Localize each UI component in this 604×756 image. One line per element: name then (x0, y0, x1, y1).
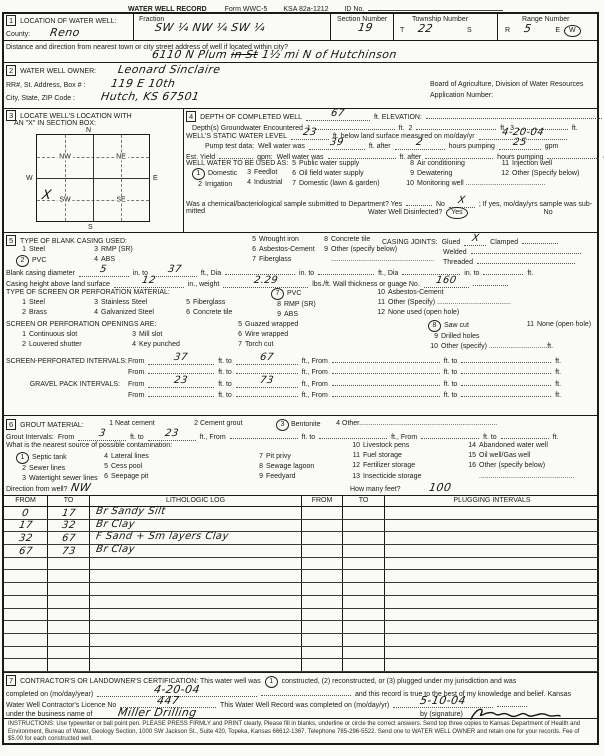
option-number: 7 (232, 340, 242, 350)
option-label: Fuel storage (363, 452, 402, 459)
openings-col1: 1Continuous slot2Louvered shutter (16, 330, 82, 350)
blank (236, 365, 298, 374)
blank (461, 388, 551, 397)
unit-ft: ft. (555, 358, 561, 365)
feet-line: How many feet? 100 (350, 483, 453, 494)
gauge-blank: 160 (424, 279, 469, 288)
option-label: Fiberglass (259, 256, 291, 263)
cell-from (4, 659, 48, 671)
option: 2Sewer lines (16, 464, 98, 474)
cell-plug-to (343, 532, 385, 544)
option: 2Irrigation (192, 180, 237, 190)
option: 1Steel (16, 298, 47, 308)
dia2-blank (225, 266, 295, 275)
option-number: 7 (253, 452, 263, 462)
grout-intervals-label: Grout Intervals: (6, 434, 54, 441)
option: 6Oil field water supply (286, 169, 380, 179)
address-label: RR#, St. Address, Box # : (6, 82, 85, 89)
casing-height-label: Casing height above land surface (6, 281, 110, 288)
ft-from-label: ft., From (391, 434, 417, 441)
well-water-was-label: Well water was (258, 143, 305, 150)
cell-plug-from (302, 507, 343, 519)
depth-value: 67 (330, 109, 345, 119)
certification-label-cont: constructed, (2) reconstructed, or (3) p… (282, 678, 517, 685)
cell-plugging (385, 659, 599, 671)
spi-from-value: 37 (174, 353, 189, 363)
signature-line: by (signature) (420, 706, 562, 722)
ft-to-label: ft. to (130, 434, 144, 441)
option: 14Abandoned water well (466, 441, 574, 451)
option-label: Wire wrapped (245, 331, 288, 338)
option-number: 6 (232, 330, 242, 340)
option: 7Torch cut (232, 340, 298, 350)
cell-log: Br Clay (90, 520, 302, 532)
compass-west: W (26, 174, 33, 183)
depth-blank: 67 (306, 112, 370, 121)
option-number: 4 (330, 419, 340, 428)
cell-plug-from (302, 659, 343, 671)
option-label: Neat cement (115, 420, 155, 427)
range-handwriting: 5 (523, 24, 532, 34)
cell-plugging (385, 520, 599, 532)
cell-log: Br Clay (90, 545, 302, 557)
cell-plugging (385, 545, 599, 557)
option-label: PVC (32, 257, 46, 264)
section-box-axis (93, 135, 94, 221)
threaded-label: Threaded (443, 259, 473, 266)
business-name-value: Miller Drilling (118, 708, 198, 718)
address-value: 119 E 10th (111, 79, 177, 89)
option-label: Asbestos-Cement (259, 246, 315, 253)
option: 11None (open hole) (524, 320, 591, 330)
township-handwriting: 22 (417, 24, 433, 34)
option-number: 4 (241, 178, 251, 188)
gpi-to-value: 73 (259, 376, 274, 386)
divider (183, 108, 184, 232)
option: 6Wire wrapped (232, 330, 298, 340)
cell-log (90, 583, 302, 595)
ft-to-label: ft. to (218, 369, 232, 376)
option-number: 7 (286, 179, 296, 189)
from-value: 0 (21, 509, 29, 519)
cell-plug-to (343, 545, 385, 557)
option-number: 11 (524, 320, 534, 330)
option: 1Septic tank (16, 452, 98, 464)
option: 3Mill slot (126, 330, 180, 340)
id-no-blank (368, 2, 503, 11)
dia2-ft-blank (318, 266, 374, 275)
option-label: Dewatering (417, 170, 452, 177)
height-blank: 12 (114, 279, 184, 288)
option-number: 9 (428, 332, 438, 342)
option-label: Saw cut (444, 322, 469, 329)
swl-label: WELL'S STATIC WATER LEVEL (186, 133, 287, 140)
hours-pumping-label: hours pumping (449, 143, 495, 150)
township-t: T (400, 27, 404, 34)
option: 10Monitoring well ......................… (404, 179, 545, 189)
screen-col3: 5Fiberglass6Concrete tile (180, 298, 232, 318)
cell-from (4, 596, 48, 608)
grout-heading: GROUT MATERIAL: (20, 422, 84, 429)
section1-number: 1 (6, 15, 16, 26)
disinfected-yes-circled: Yes (446, 207, 467, 219)
unit-ft: ft. (555, 392, 561, 399)
in-weight-label: in., weight (188, 281, 220, 288)
gauge-value: 160 (435, 276, 457, 286)
section3-heading-2: AN "X" IN SECTION BOX: (14, 119, 96, 128)
cell-log (90, 621, 302, 633)
option-number: 1 (103, 419, 113, 428)
table-row (4, 558, 599, 571)
option-label: Domestic (lawn & garden) (299, 180, 380, 187)
business-name-label: under the business name of (6, 711, 92, 718)
option-number: 11 (375, 298, 385, 308)
log-value: F Sand + Sm layers Clay (95, 532, 229, 542)
completed-on-label: completed on (mo/day/year) (6, 691, 93, 698)
distance-value: 6110 N Plum in St 1½ mi N of Hutchinson (152, 50, 398, 61)
pump-level-blank: 39 (309, 141, 365, 150)
divider (2, 672, 599, 673)
ft-to-label: ft. to (218, 381, 232, 388)
cell-from: 32 (4, 532, 48, 544)
option: 10Livestock pens (350, 441, 421, 451)
from-label: From (128, 369, 144, 376)
weight-blank: 2.29 (223, 279, 308, 288)
option: 7PVC (271, 288, 316, 300)
option: 12None used (open hole) (375, 308, 511, 318)
blank (332, 377, 440, 386)
signature-label: by (signature) (420, 711, 463, 718)
depth-label: DEPTH OF COMPLETED WELL (200, 114, 302, 121)
dia-label: ft., Dia (201, 270, 221, 277)
cell-to (48, 570, 90, 582)
ft-to-label: ft. to (218, 392, 232, 399)
option-number: 8 (253, 462, 263, 472)
cell-log (90, 647, 302, 659)
option: 7Pit privy (253, 452, 314, 462)
range-r: R (505, 27, 510, 34)
use-options-col2: 3Feedlot4Industrial (241, 168, 282, 188)
option-number: 10 (375, 288, 385, 298)
option-number: 5 (232, 320, 242, 330)
unit-ft: ft. (572, 125, 578, 132)
fraction-handwriting: SW ¼ NW ¼ SW ¼ (154, 23, 265, 33)
contam-col5: 14Abandoned water well15Oil well/Gas wel… (466, 441, 574, 482)
pump-hours-blank: 2 (395, 141, 445, 150)
option-label: Cess pool (111, 463, 142, 470)
table-row: 17 32 Br Clay (4, 520, 599, 533)
option-number: 5 (246, 235, 256, 245)
section1-heading: LOCATION OF WATER WELL: (20, 18, 116, 25)
ft-to-label: ft. to (218, 358, 232, 365)
sample-yes-blank (406, 197, 432, 206)
ft-to-label: ft. to (444, 392, 458, 399)
gpm-label: gpm (545, 143, 559, 150)
section-number-value: 19 (358, 23, 375, 34)
blank (421, 430, 479, 439)
option-number: 15 (466, 451, 476, 461)
direction-line: Direction from well? NW (6, 483, 93, 494)
option-number: 5 (98, 462, 108, 472)
gi-to-value: 23 (164, 429, 179, 439)
option-number: 8 (318, 235, 328, 245)
record-completed-label: This Water Well Record was completed on … (220, 702, 389, 709)
cell-to (48, 558, 90, 570)
distance-handwriting-2: 1½ mi N of Hutchinson (261, 50, 397, 60)
option-label: Steel (29, 246, 45, 253)
elevation-label: ft. ELEVATION: (374, 114, 422, 121)
lithologic-log-table: FROM TO LITHOLOGIC LOG FROM TO PLUGGING … (4, 495, 599, 672)
divider (2, 232, 599, 233)
cell-log (90, 609, 302, 621)
blank (236, 388, 298, 397)
cell-to (48, 596, 90, 608)
option-label: Continuous slot (29, 331, 77, 338)
option: 15Oil well/Gas well (466, 451, 574, 461)
screen-intervals-line2: From ft. to ft., From ft. to ft. (6, 365, 563, 377)
feet-label: How many feet? (350, 486, 401, 493)
clamped-blank (522, 235, 558, 244)
option-label: Bentonite (291, 421, 321, 428)
pump-gpm-value: 25 (512, 138, 527, 148)
cell-plug-from (302, 647, 343, 659)
option: 3Stainless Steel (88, 298, 154, 308)
grout-option-2: 2Cement grout (188, 419, 244, 428)
in-to-label: in. to (299, 270, 314, 277)
option-label: Oil field water supply (299, 170, 364, 177)
contam-col3: 7Pit privy8Sewage lagoon9Feedyard (253, 452, 314, 483)
to-value: 73 (61, 547, 76, 557)
option-label: ABS (101, 256, 115, 263)
cell-plugging (385, 634, 599, 646)
log-value: Br Sandy Silt (95, 507, 166, 517)
dia3-ft-blank (483, 266, 523, 275)
cell-to (48, 609, 90, 621)
unit-ft: ft. (527, 270, 533, 277)
casing-col3: 5Wrought iron6Asbestos-Cement7Fiberglass (246, 235, 315, 266)
option-label: Brass (29, 309, 47, 316)
divider (2, 62, 599, 63)
option-label: RMP (SR) (101, 246, 133, 253)
compass-east: E (153, 174, 158, 183)
option: 5Public water supply (286, 159, 380, 169)
option-number: 11 (350, 451, 360, 461)
cell-plug-to (343, 609, 385, 621)
option-number: 9 (318, 245, 328, 255)
from-label: From (58, 434, 74, 441)
option: 5Fiberglass (180, 298, 232, 308)
option-label: ........................................… (331, 256, 434, 263)
option-number: 10 (404, 179, 414, 189)
city-label: City, State, ZIP Code : (6, 95, 75, 102)
casing-col2: 3RMP (SR)4ABS (88, 245, 133, 265)
gpi-to-blank: 73 (236, 379, 298, 388)
cell-log (90, 558, 302, 570)
pump-hours-value: 2 (415, 138, 423, 148)
from-label: From (128, 358, 144, 365)
option-number: 9 (253, 472, 263, 482)
option-label: Irrigation (205, 181, 232, 188)
cell-to: 32 (48, 520, 90, 532)
col-header-plugging: PLUGGING INTERVALS (385, 495, 599, 506)
swl-mid-label: ft. below land surface measured on mo/da… (333, 133, 475, 140)
option-label: Other...................................… (342, 420, 497, 427)
ft-to-label: ft. to (483, 434, 497, 441)
option-number: 6 (180, 308, 190, 318)
fraction-value: SW ¼ NW ¼ SW ¼ (155, 23, 267, 34)
diam-ft-blank: 37 (152, 268, 197, 277)
option: 10Other (specify) ......................… (428, 342, 553, 352)
contam-col4: 10Livestock pens11Fuel storage12Fertiliz… (350, 441, 421, 482)
cell-plug-from (302, 609, 343, 621)
casing-col1: 1Steel2PVC (16, 245, 46, 267)
option: 9Drilled holes (428, 332, 553, 342)
certification-label: CONTRACTOR'S OR LANDOWNER'S CERTIFICATIO… (20, 678, 261, 685)
option: 4Industrial (241, 178, 282, 188)
cell-plugging (385, 532, 599, 544)
option: 5Guazed wrapped (232, 320, 298, 330)
option-number: 8 (428, 320, 441, 332)
option-label: RMP (SR) (284, 301, 316, 308)
blank (461, 377, 551, 386)
gravel-pack-line2: From ft. to ft., From ft. to ft. (6, 388, 563, 400)
blank (332, 365, 440, 374)
option-number: 3 (88, 298, 98, 308)
disinfected-line: Water Well Disinfected? Yes No (368, 207, 555, 219)
option-label: Other (specify) ........................… (441, 343, 553, 350)
cell-plugging (385, 621, 599, 633)
to-value: 32 (61, 521, 76, 531)
col-header-to2: TO (343, 495, 385, 506)
section7-number: 7 (6, 675, 16, 686)
grout-option-4: 4Other..................................… (330, 419, 499, 428)
blank (148, 365, 214, 374)
cell-log (90, 634, 302, 646)
option-label: ........................................… (479, 473, 574, 480)
gi-to-blank: 23 (148, 432, 196, 441)
instructions-text: INSTRUCTIONS: Use typewriter or ball poi… (8, 721, 594, 744)
cell-plug-from (302, 570, 343, 582)
option-label: Lateral lines (111, 453, 149, 460)
option-number: 12 (350, 461, 360, 471)
option-number: 1 (16, 298, 26, 308)
option-label: Other (Specify below) (512, 170, 579, 177)
swl-blank: 23 (291, 131, 329, 140)
cell-log: Br Sandy Silt (90, 507, 302, 519)
grout-option-1: 1Neat cement (103, 419, 157, 428)
pump-level-value: 39 (329, 138, 344, 148)
county-value: Reno (49, 28, 80, 38)
from-value: 32 (18, 534, 33, 544)
option-label: Guazed wrapped (245, 321, 298, 328)
county-label: County: (6, 31, 30, 38)
divider (330, 12, 331, 40)
table-row (4, 609, 599, 622)
contam-col2: 4Lateral lines5Cess pool6Seepage pit (98, 452, 149, 483)
cell-from (4, 583, 48, 595)
cell-from (4, 570, 48, 582)
table-header-row: FROM TO LITHOLOGIC LOG FROM TO PLUGGING … (4, 495, 599, 507)
openings-col2: 3Mill slot4Key punched (126, 330, 180, 350)
distance-struck-text: in St (230, 50, 258, 60)
spi-to2-blank (461, 354, 551, 363)
quadrant-nw: NW (57, 153, 73, 160)
option: 2Brass (16, 308, 47, 318)
quadrant-ne: NE (114, 153, 128, 160)
cell-plug-from (302, 583, 343, 595)
col-header-to: TO (48, 495, 90, 506)
option: 11Injection well (499, 159, 579, 169)
divider (2, 415, 599, 416)
option-label: Torch cut (245, 341, 273, 348)
option: 6Asbestos-Cement (246, 245, 315, 255)
casing-joints-label: CASING JOINTS: (382, 239, 438, 246)
cell-log: F Sand + Sm layers Clay (90, 532, 302, 544)
ft-after-label: ft. after (369, 143, 391, 150)
option: ........................................… (466, 472, 574, 482)
openings-col3: 5Guazed wrapped6Wire wrapped7Torch cut (232, 320, 298, 351)
blank (461, 365, 551, 374)
table-row (4, 621, 599, 634)
option-number: 8 (404, 159, 414, 169)
dia-label: ft., Dia (378, 270, 398, 277)
option: 8RMP (SR) (271, 300, 316, 310)
owner-line: 2 WATER WELL OWNER: Leonard Sinclaire (6, 65, 222, 76)
blank (261, 687, 351, 696)
cell-plug-from (302, 532, 343, 544)
gauge-trail-blank (473, 277, 508, 286)
option: 7Domestic (lawn & garden) (286, 179, 380, 189)
option-number: 1 (16, 330, 26, 340)
section6-number: 6 (6, 419, 16, 430)
cell-plug-to (343, 621, 385, 633)
cell-plugging (385, 583, 599, 595)
business-name-line: under the business name of Miller Drilli… (6, 708, 199, 719)
option-label: Cement grout (200, 420, 242, 427)
option-number: 3 (88, 245, 98, 255)
option-number: 9 (271, 310, 281, 320)
option: 2Louvered shutter (16, 340, 82, 350)
gpi-from-blank: 23 (148, 379, 214, 388)
to-value: 67 (61, 534, 76, 544)
cell-plugging (385, 558, 599, 570)
unit-ft: ft. (555, 381, 561, 388)
option-label: Seepage pit (111, 473, 148, 480)
option: 13Insecticide storage (350, 472, 421, 482)
option-number: 8 (271, 300, 281, 310)
glued-x-mark: X (471, 234, 480, 244)
openings-title: SCREEN OR PERFORATION OPENINGS ARE: (6, 320, 156, 329)
option-number: 3 (126, 330, 136, 340)
option-number: 2 (188, 419, 198, 428)
option: 5Wrought iron (246, 235, 315, 245)
option-label: Other (Specify) ........................… (388, 299, 511, 306)
est-hours-blank (425, 150, 493, 159)
in-to-label: in. to (464, 270, 479, 277)
option: 6Seepage pit (98, 472, 149, 482)
blank (319, 430, 387, 439)
city-line: City, State, ZIP Code : Hutch, KS 67501 (6, 92, 201, 103)
option: 5Cess pool (98, 462, 149, 472)
diam-value: 5 (100, 265, 108, 275)
cell-plugging (385, 647, 599, 659)
compass-south: S (88, 223, 93, 232)
direction-label: Direction from well? (6, 486, 67, 493)
option: 6Concrete tile (180, 308, 232, 318)
sample-no-mark: X (457, 196, 466, 206)
option-label: ABS (284, 311, 298, 318)
cell-plug-to (343, 570, 385, 582)
